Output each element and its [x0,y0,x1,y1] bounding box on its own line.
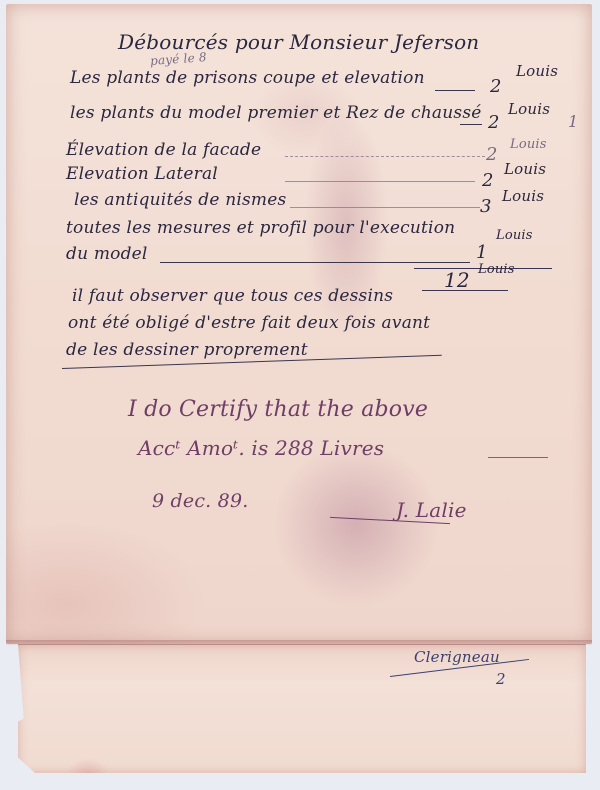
total-unit: Louis [478,262,515,277]
item-description: Les plants de prisons coupe et elevation [70,68,425,88]
margin-mark: 1 [568,112,578,131]
fold-mark: 2 [496,670,506,688]
leader-line [160,262,470,263]
item-description: les antiquités de nismes [74,190,286,210]
note-line: il faut observer que tous ces dessins [72,286,393,306]
certification-dash [488,457,548,458]
document-heading: Débourcés pour Monsieur Jeferson [118,30,479,54]
item-description: les plants du model premier et Rez de ch… [70,103,482,123]
item-unit: Louis [504,160,546,178]
note-line: ont été obligé d'estre fait deux fois av… [68,313,430,333]
item-unit: Louis [516,62,558,80]
leader-line [285,156,485,157]
total-underline [422,290,508,291]
item-amount: 2 [488,112,500,133]
item-amount: 1 [476,242,488,263]
item-amount: 2 [486,144,498,165]
leader-line [285,181,475,182]
item-amount: 2 [490,76,502,97]
item-unit: Louis [510,137,547,152]
leader-line [460,124,482,125]
leader-line [435,90,475,91]
note-line: de les dessiner proprement [66,340,308,360]
item-description: Elevation Lateral [66,164,218,184]
item-amount: 2 [482,170,494,191]
signature: J. Lalie [396,498,467,522]
leader-line [290,207,480,208]
certification-line: I do Certify that the above [128,397,428,422]
certification-date: 9 dec. 89. [152,490,248,512]
total-amount: 12 [444,268,470,292]
item-unit: Louis [508,100,550,118]
item-unit: Louis [502,187,544,205]
item-description-line2: du model [66,244,148,264]
certification-line: Accᵗ Amoᵗ. is 288 Livres [138,436,384,460]
item-description: toutes les mesures et profil pour l'exec… [66,218,455,238]
item-amount: 3 [480,196,492,217]
item-unit: Louis [496,228,533,243]
item-description: Élevation de la facade [66,140,261,160]
